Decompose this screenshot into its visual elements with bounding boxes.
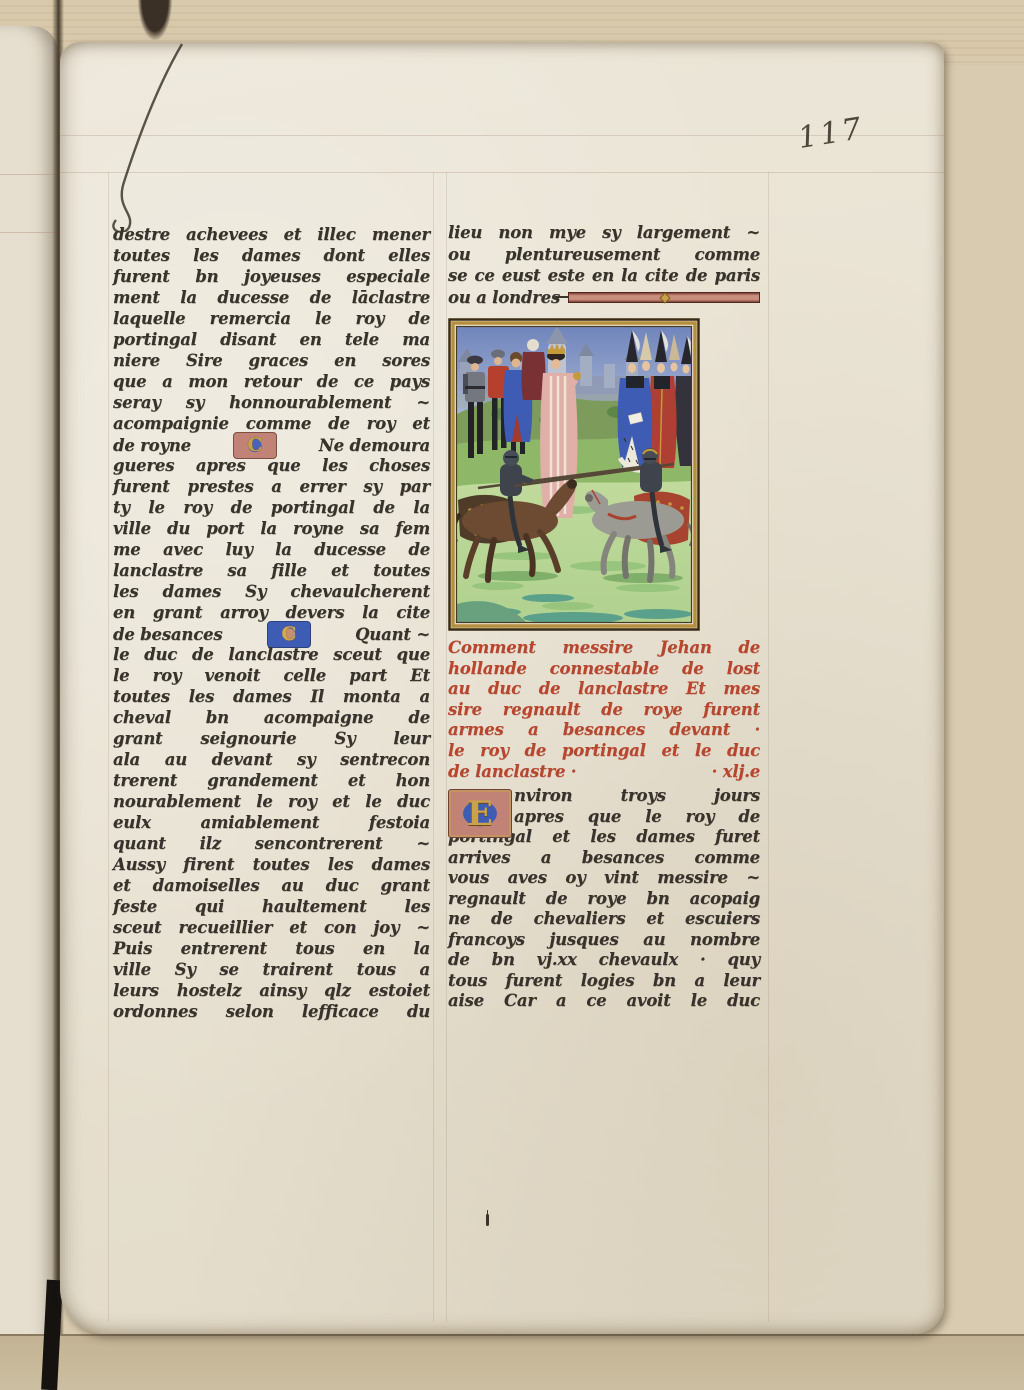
- text-line: lieu non mye sy largement ~: [448, 222, 760, 244]
- ruling-line: [0, 174, 58, 175]
- manuscript-page: 117 destre achevees et illec menertoutes…: [60, 42, 944, 1334]
- text-line: lanclastre sa fille et toutes: [113, 561, 430, 582]
- illuminated-initial: E: [448, 789, 512, 838]
- text-fragment: de royne: [113, 436, 191, 455]
- text-line: ou plentureusement comme: [448, 244, 760, 266]
- text-line: laquelle remercia le roy de: [113, 309, 430, 330]
- text-line: regnault de roye bn acopaig: [448, 889, 760, 910]
- facing-page-sliver: [0, 26, 58, 1390]
- text-line: portingal disant en tele ma: [113, 330, 430, 351]
- text-line: Puis entrerent tous en la: [113, 939, 430, 960]
- text-line: les dames Sy chevaulcherent: [113, 582, 430, 603]
- chapter-number: · xlj.e: [712, 762, 760, 783]
- text-line: le duc de lanclastre sceut que: [113, 645, 430, 666]
- text-lines-group: le duc de lanclastre sceut quele roy ven…: [113, 645, 430, 1023]
- text-column-right: lieu non mye sy largement ~ou plentureus…: [448, 222, 760, 308]
- manuscript-photo: { "folio_number": "117", "colors": { "ba…: [0, 0, 1024, 1390]
- text-line: furent prestes a errer sy par: [113, 477, 430, 498]
- ruling-line: [0, 232, 58, 233]
- rubric-line: hollande connestable de lost: [448, 659, 760, 680]
- text-lines-group: portingal et les dames furetarrives a be…: [448, 827, 760, 1012]
- text-line: seray sy honnourablement ~: [113, 393, 430, 414]
- ruling-line: [433, 172, 434, 1322]
- text-line: trerent grandement et hon: [113, 771, 430, 792]
- text-line: ala au devant sy sentrecon: [113, 750, 430, 771]
- text-line: vous aves oy vint messire ~: [448, 868, 760, 889]
- text-line: toutes les dames dont elles: [113, 246, 430, 267]
- text-lines-group: gueres apres que les chosesfurent preste…: [113, 456, 430, 624]
- text-line: aise Car a ce avoit le duc: [448, 991, 760, 1012]
- text-line: eulx amiablement festoia: [113, 813, 430, 834]
- text-line: furent bn joyeuses especiale: [113, 267, 430, 288]
- text-line: ment la ducesse de lāclastre: [113, 288, 430, 309]
- text-line: le roy venoit celle part Et: [113, 666, 430, 687]
- gutter-shadow-top: [138, 0, 172, 40]
- line-filler-ornament: [568, 292, 760, 303]
- text-line: arrives a besances comme: [448, 848, 760, 869]
- text-line: ordonnes selon lefficace du: [113, 1002, 430, 1023]
- ruling-line: [768, 172, 769, 1322]
- text-line: sceut recueillier et con joy ~: [113, 918, 430, 939]
- text-line: feste qui haultement les: [113, 897, 430, 918]
- miniature-illustration: [448, 318, 700, 631]
- text-column-left: destre achevees et illec menertoutes les…: [113, 225, 430, 1023]
- text-line: cheval bn acompaigne de: [113, 708, 430, 729]
- text-line: se ce eust este en la cite de paris: [448, 265, 760, 287]
- text-line: Aussy firent toutes les dames: [113, 855, 430, 876]
- text-line: ne de chevaliers et escuiers: [448, 909, 760, 930]
- book-leaf-edges-bottom: [0, 1334, 1024, 1390]
- text-line: de bn vj.xx chevaulx · quy: [448, 950, 760, 971]
- text-lines-group: destre achevees et illec menertoutes les…: [113, 225, 430, 435]
- rubric-last-line: de lanclastre · · xlj.e: [448, 762, 760, 783]
- folio-number: 117: [796, 111, 867, 156]
- text-line: ville Sy se trairent tous a: [113, 960, 430, 981]
- text-line: niere Sire graces en sores: [113, 351, 430, 372]
- text-line: gueres apres que les choses: [113, 456, 430, 477]
- text-line: toutes les dames Il monta a: [113, 687, 430, 708]
- rubric-line: le roy de portingal et le duc: [448, 741, 760, 762]
- text-fragment: Ne demoura: [319, 436, 430, 455]
- text-line: grant seignourie Sy leur: [113, 729, 430, 750]
- text-line-with-filler: ou a londres: [448, 287, 760, 309]
- rubric-lines-group: Comment messire Jehan dehollande connest…: [448, 638, 760, 762]
- text-line: nourablement le roy et le duc: [113, 792, 430, 813]
- text-line: destre achevees et illec mener: [113, 225, 430, 246]
- text-fragment: ou a londres: [448, 287, 560, 309]
- text-fragment: de besances: [113, 625, 222, 644]
- decorated-paragraph-initial: C: [267, 621, 311, 648]
- paragraph-break-line: de besances C Quant ~: [113, 624, 430, 645]
- stray-ink-mark: [486, 1214, 489, 1226]
- rubric-line: au duc de lanclastre Et mes: [448, 679, 760, 700]
- pen-flourish: [98, 42, 218, 232]
- rubric-line: armes a besances devant ·: [448, 720, 760, 741]
- text-line: ville du port la royne sa fem: [113, 519, 430, 540]
- text-line: que a mon retour de ce pays: [113, 372, 430, 393]
- text-line: ty le roy de portingal de la: [113, 498, 430, 519]
- ruling-line: [108, 172, 109, 1322]
- rubric-line: Comment messire Jehan de: [448, 638, 760, 659]
- ruling-line: [446, 172, 447, 1322]
- rubric-text-fragment: de lanclastre ·: [448, 762, 576, 783]
- paragraph-break-line: de royne C Ne demoura: [113, 435, 430, 456]
- text-line: quant ilz sencontrerent ~: [113, 834, 430, 855]
- text-line: me avec luy la ducesse de: [113, 540, 430, 561]
- rubric-line: sire regnault de roye furent: [448, 700, 760, 721]
- chapter-rubric: Comment messire Jehan dehollande connest…: [448, 638, 760, 782]
- text-line: francoys jusques au nombre: [448, 930, 760, 951]
- text-fragment: Quant ~: [355, 625, 430, 644]
- text-lines-group: lieu non mye sy largement ~ou plentureus…: [448, 222, 760, 287]
- chapter-body: E nviron troys jours apres que le roy de…: [448, 786, 760, 1012]
- text-line: et damoiselles au duc grant: [113, 876, 430, 897]
- decorated-paragraph-initial: C: [233, 432, 277, 459]
- text-line: tous furent logies bn a leur: [448, 971, 760, 992]
- text-line: leurs hostelz ainsy qlz estoiet: [113, 981, 430, 1002]
- ladies-group: [618, 330, 699, 470]
